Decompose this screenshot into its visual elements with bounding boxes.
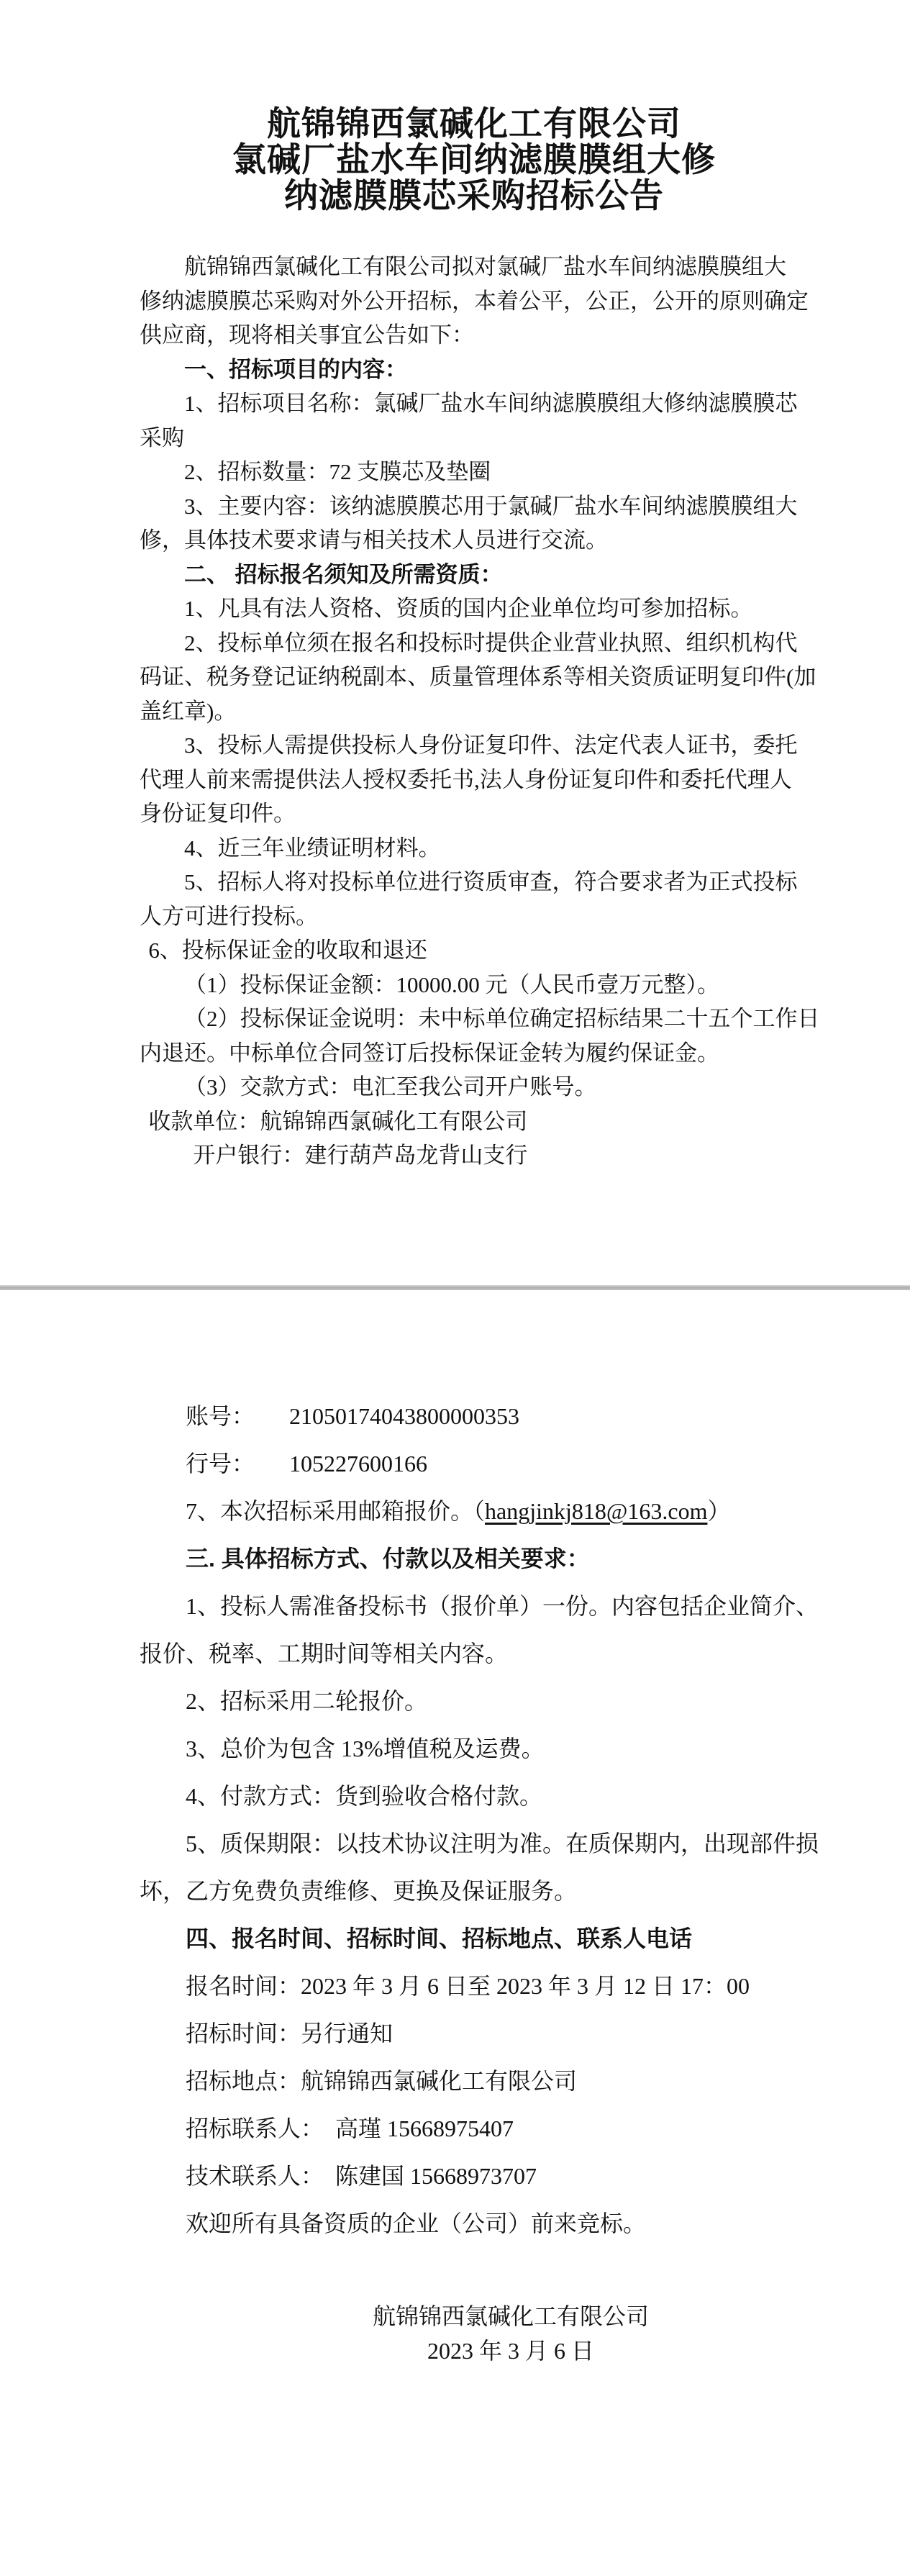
payee-line: 收款单位：航锦锦西氯碱化工有限公司 bbox=[140, 1105, 881, 1139]
main-content-line: 修，具体技术要求请与相关技术人员进行交流。 bbox=[140, 523, 881, 558]
document-page-1: 航锦锦西氯碱化工有限公司 氯碱厂盐水车间纳滤膜膜组大修 纳滤膜膜芯采购招标公告 … bbox=[0, 0, 910, 1173]
document-title: 航锦锦西氯碱化工有限公司 氯碱厂盐水车间纳滤膜膜组大修 纳滤膜膜芯采购招标公告 bbox=[140, 106, 809, 214]
project-name-line: 采购 bbox=[140, 421, 881, 455]
warranty-line: 5、质保期限：以技术协议注明为准。在质保期内，出现部件损 bbox=[140, 1820, 881, 1867]
document-viewer: 航锦锦西氯碱化工有限公司 氯碱厂盐水车间纳滤膜膜组大修 纳滤膜膜芯采购招标公告 … bbox=[0, 0, 910, 2576]
qualification-line: 3、投标人需提供投标人身份证复印件、法定代表人证书，委托 bbox=[140, 728, 881, 763]
qualification-line: 身份证复印件。 bbox=[140, 797, 881, 831]
deposit-terms-line: （2）投标保证金说明：未中标单位确定招标结果二十五个工作日 bbox=[140, 1002, 881, 1036]
doc-text: 7、本次招标采用邮箱报价。（ bbox=[186, 1498, 485, 1524]
two-round-line: 2、招标采用二轮报价。 bbox=[140, 1677, 881, 1725]
doc-text: ） bbox=[707, 1498, 730, 1524]
section-1-heading: 一、招标项目的内容： bbox=[140, 353, 881, 387]
bid-location-line: 招标地点：航锦锦西氯碱化工有限公司 bbox=[140, 2057, 881, 2105]
intro-line: 修纳滤膜膜芯采购对外公开招标，本着公平，公正，公开的原则确定 bbox=[140, 284, 881, 319]
welcome-line: 欢迎所有具备资质的企业（公司）前来竞标。 bbox=[140, 2200, 881, 2247]
email-quote-line: 7、本次招标采用邮箱报价。（hangjinkj818@163.com） bbox=[140, 1487, 881, 1535]
signature-company: 航锦锦西氯碱化工有限公司 bbox=[176, 2299, 845, 2334]
bid-time-line: 招标时间：另行通知 bbox=[140, 2010, 881, 2057]
title-line-3: 纳滤膜膜芯采购招标公告 bbox=[140, 178, 809, 214]
deposit-heading-line: 6、投标保证金的收取和退还 bbox=[140, 933, 881, 968]
qualification-line: 人方可进行投标。 bbox=[140, 899, 881, 934]
qualification-line: 2、投标单位须在报名和投标时提供企业营业执照、组织机构代 bbox=[140, 626, 881, 661]
email-link[interactable]: hangjinkj818@163.com bbox=[485, 1498, 707, 1524]
document-page-2: 账号： 21050174043800000353行号： 105227600166… bbox=[0, 1392, 910, 2368]
account-number-line: 账号： 21050174043800000353 bbox=[140, 1392, 881, 1440]
bid-contact-line: 招标联系人： 高瑾 15668975407 bbox=[140, 2105, 881, 2152]
qualification-line: 码证、税务登记证纳税副本、质量管理体系等相关资质证明复印件(加 bbox=[140, 660, 881, 694]
title-line-1: 航锦锦西氯碱化工有限公司 bbox=[140, 106, 809, 142]
qualification-line: 1、凡具有法人资格、资质的国内企业单位均可参加招标。 bbox=[140, 591, 881, 626]
warranty-line: 坏，乙方免费负责维修、更换及保证服务。 bbox=[140, 1867, 881, 1915]
qualification-line: 5、招标人将对投标单位进行资质审查，符合要求者为正式投标 bbox=[140, 865, 881, 899]
bank-code-line: 行号： 105227600166 bbox=[140, 1440, 881, 1487]
signup-time-line: 报名时间：2023 年 3 月 6 日至 2023 年 3 月 12 日 17：… bbox=[140, 1962, 881, 2010]
qualification-line: 4、近三年业绩证明材料。 bbox=[140, 831, 881, 866]
page2-body: 账号： 21050174043800000353行号： 105227600166… bbox=[140, 1392, 881, 2247]
title-line-2: 氯碱厂盐水车间纳滤膜膜组大修 bbox=[140, 142, 809, 178]
qualification-line: 盖红章)。 bbox=[140, 694, 881, 729]
tax-line: 3、总价为包含 13%增值税及运费。 bbox=[140, 1725, 881, 1772]
bid-document-line: 1、投标人需准备投标书（报价单）一份。内容包括企业简介、 bbox=[140, 1582, 881, 1630]
deposit-terms-line: 内退还。中标单位合同签订后投标保证金转为履约保证金。 bbox=[140, 1036, 881, 1071]
section-2-heading: 二、 招标报名须知及所需资质： bbox=[140, 558, 881, 592]
signature-block: 航锦锦西氯碱化工有限公司 2023 年 3 月 6 日 bbox=[176, 2299, 845, 2368]
qualification-line: 代理人前来需提供法人授权委托书,法人身份证复印件和委托代理人 bbox=[140, 763, 881, 797]
main-content-line: 3、主要内容：该纳滤膜膜芯用于氯碱厂盐水车间纳滤膜膜组大 bbox=[140, 489, 881, 524]
signature-date: 2023 年 3 月 6 日 bbox=[176, 2334, 845, 2368]
page1-body: 航锦锦西氯碱化工有限公司拟对氯碱厂盐水车间纳滤膜膜组大修纳滤膜膜芯采购对外公开招… bbox=[140, 250, 881, 1173]
bank-line: 开户银行：建行葫芦岛龙背山支行 bbox=[140, 1138, 881, 1173]
tech-contact-line: 技术联系人： 陈建国 15668973707 bbox=[140, 2152, 881, 2200]
deposit-amount-line: （1）投标保证金额：10000.00 元（人民币壹万元整）。 bbox=[140, 968, 881, 1002]
page-break-divider bbox=[0, 1285, 910, 1290]
intro-line: 供应商，现将相关事宜公告如下： bbox=[140, 318, 881, 353]
quantity-line: 2、招标数量：72 支膜芯及垫圈 bbox=[140, 455, 881, 489]
bid-document-line: 报价、税率、工期时间等相关内容。 bbox=[140, 1630, 881, 1677]
intro-line: 航锦锦西氯碱化工有限公司拟对氯碱厂盐水车间纳滤膜膜组大 bbox=[140, 250, 881, 284]
project-name-line: 1、招标项目名称：氯碱厂盐水车间纳滤膜膜组大修纳滤膜膜芯 bbox=[140, 386, 881, 421]
section-4-heading: 四、报名时间、招标时间、招标地点、联系人电话 bbox=[140, 1915, 881, 1962]
payment-method-line: （3）交款方式：电汇至我公司开户账号。 bbox=[140, 1070, 881, 1105]
payment-line: 4、付款方式：货到验收合格付款。 bbox=[140, 1772, 881, 1820]
section-3-heading: 三. 具体招标方式、付款以及相关要求： bbox=[140, 1535, 881, 1582]
